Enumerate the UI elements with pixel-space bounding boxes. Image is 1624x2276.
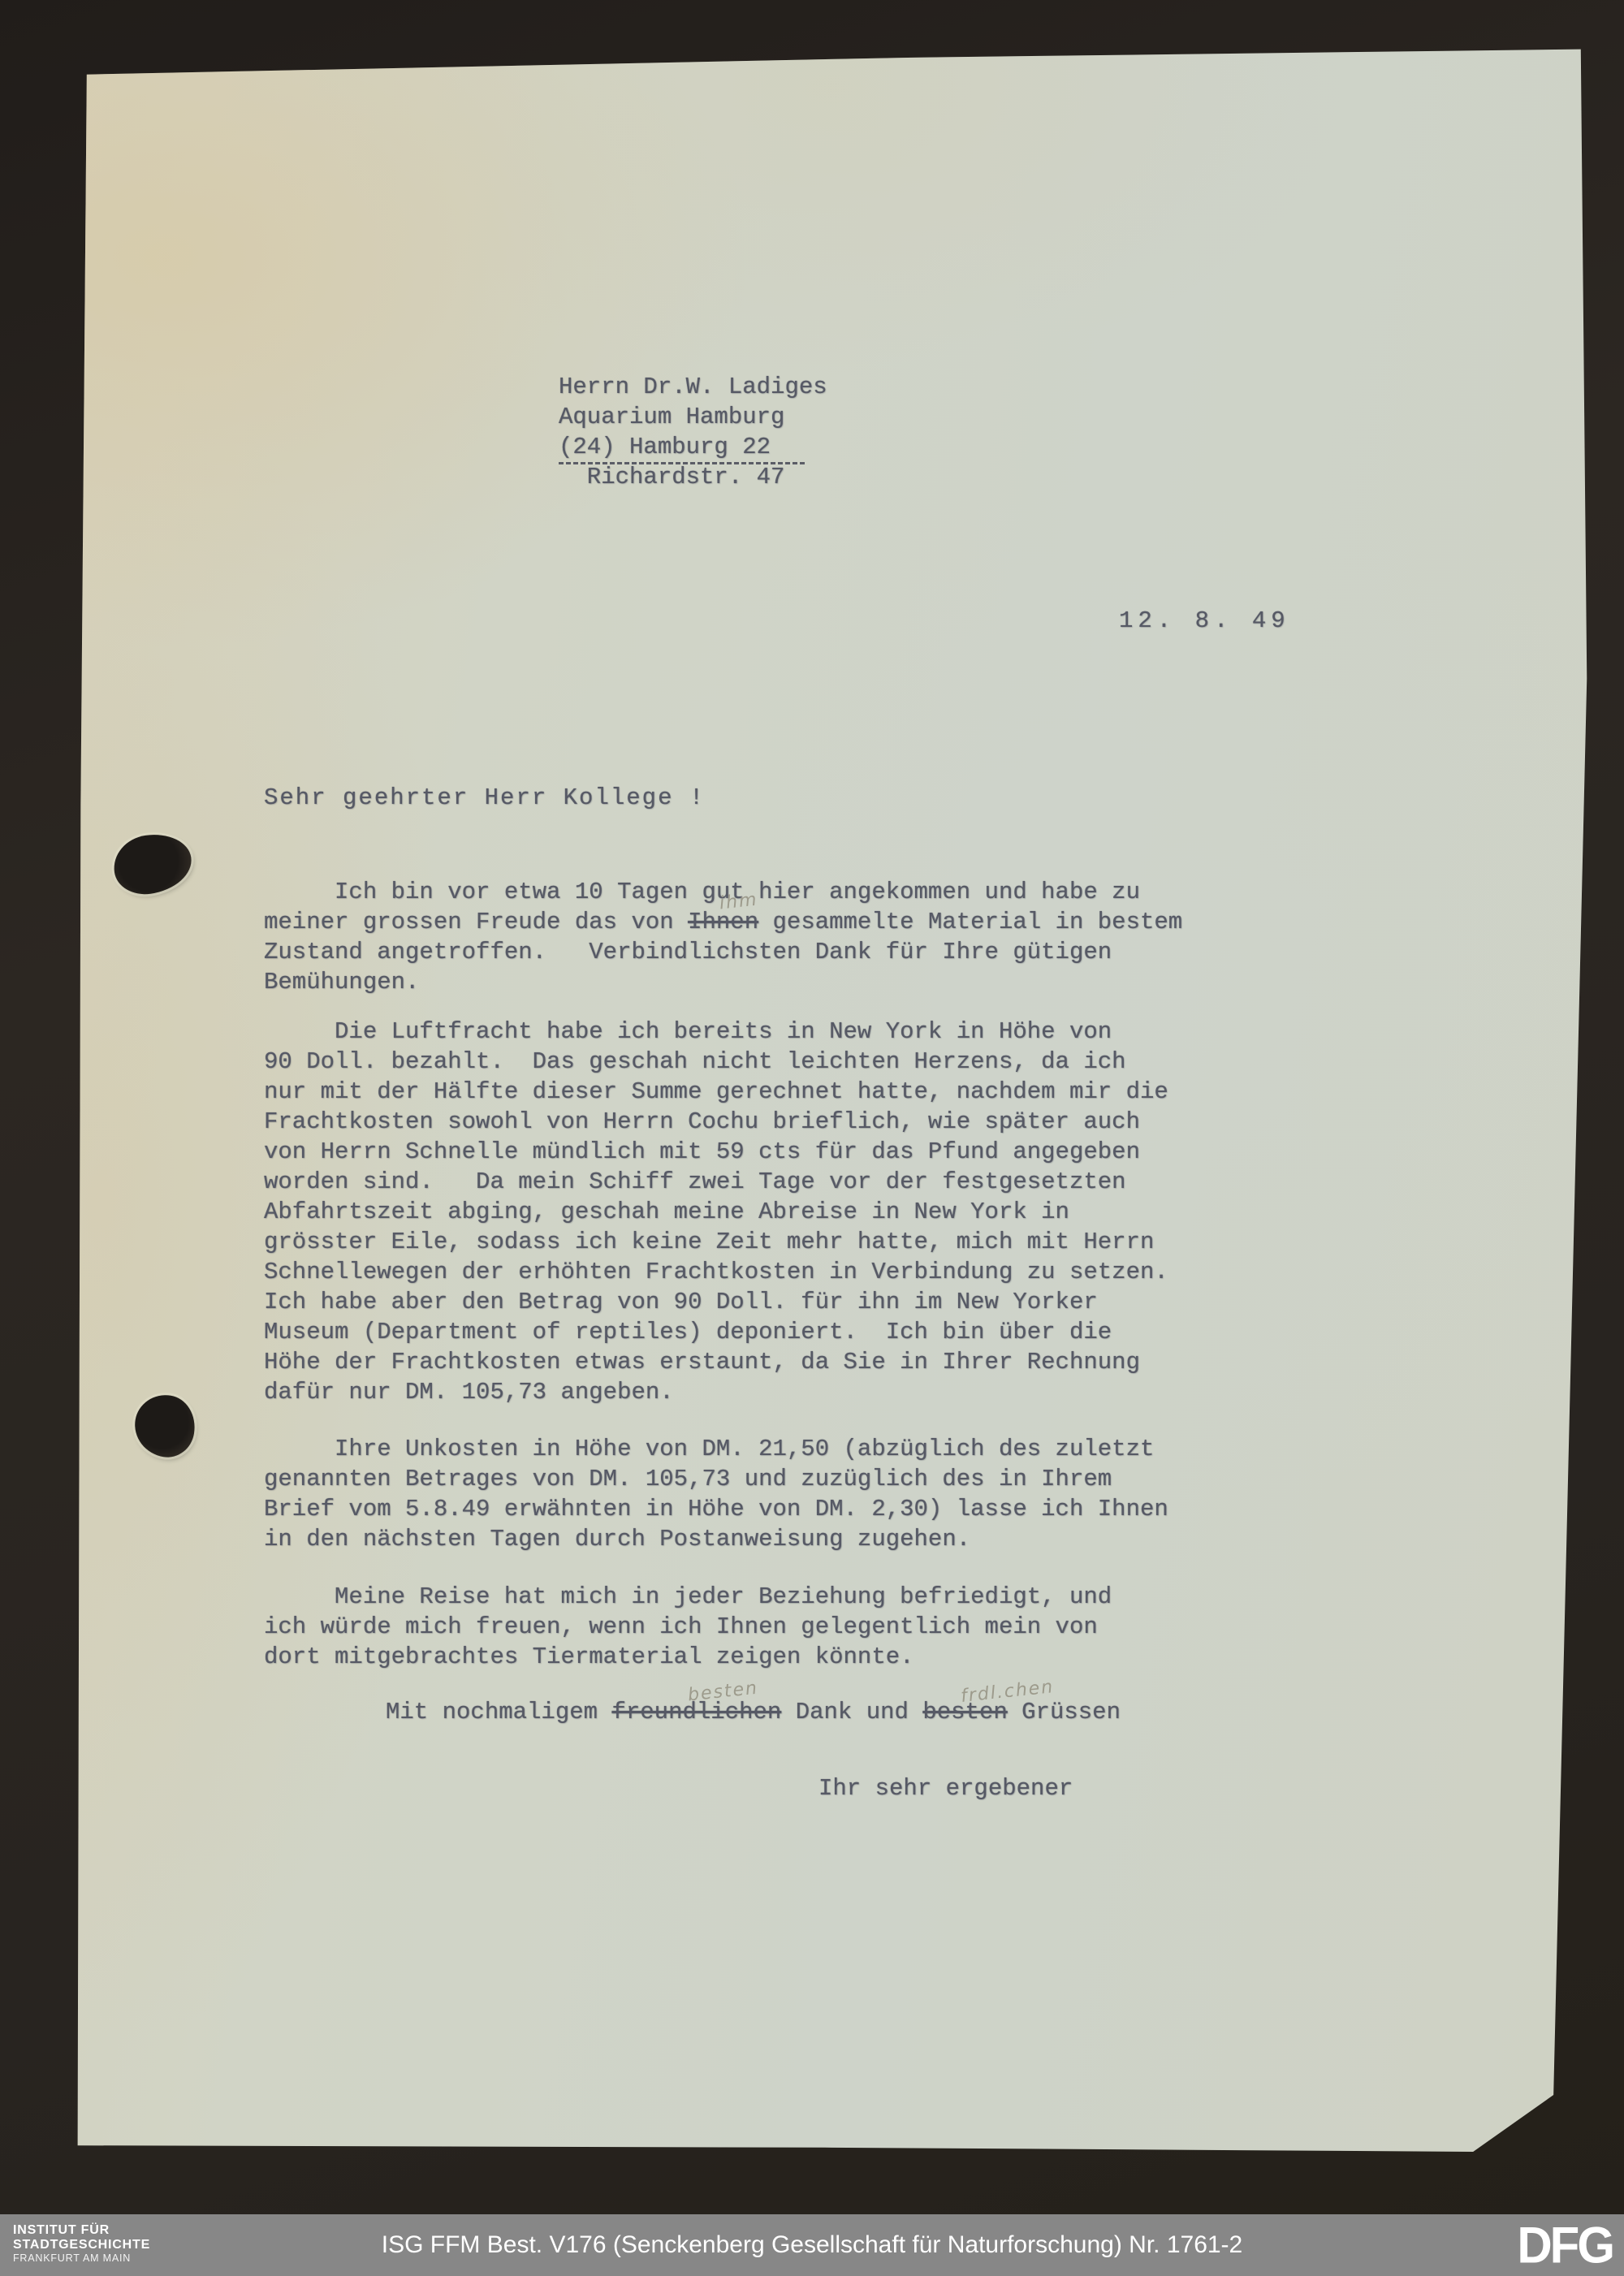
dfg-logo: DFG — [1517, 2216, 1613, 2274]
institution-name-line1: INSTITUT FÜR — [13, 2223, 150, 2238]
recipient-address: Herrn Dr.W. LadigesAquarium Hamburg(24) … — [559, 372, 827, 492]
paragraph-arrival: Ich bin vor etwa 10 Tagen gut hier angek… — [264, 877, 1182, 997]
paragraph-costs: Ihre Unkosten in Höhe von DM. 21,50 (abz… — [264, 1434, 1168, 1554]
pencil-annotation: ihm — [718, 885, 759, 919]
closing-line: Mit nochmaligem freundlichenbesten Dank … — [386, 1697, 1121, 1727]
paragraph-airfreight: Die Luftfracht habe ich bereits in New Y… — [264, 1017, 1168, 1407]
scan-background: { "colors": { "background": "#282420", "… — [0, 0, 1624, 2276]
institution-name-line2: STADTGESCHICHTE — [13, 2238, 150, 2252]
archive-reference-text: ISG FFM Best. V176 (Senckenberg Gesellsc… — [382, 2231, 1242, 2259]
footer-bar: INSTITUT FÜR STADTGESCHICHTE FRANKFURT A… — [0, 2214, 1624, 2276]
pencil-annotation: besten — [687, 1674, 760, 1711]
institution-logo: INSTITUT FÜR STADTGESCHICHTE FRANKFURT A… — [13, 2223, 150, 2265]
signature-line: Ihr sehr ergebener — [818, 1775, 1073, 1802]
institution-city: FRANKFURT AM MAIN — [13, 2252, 150, 2265]
salutation: Sehr geehrter Herr Kollege ! — [264, 784, 705, 811]
letter-date: 12. 8. 49 — [1119, 607, 1290, 634]
paragraph-trip: Meine Reise hat mich in jeder Beziehung … — [264, 1582, 1112, 1672]
